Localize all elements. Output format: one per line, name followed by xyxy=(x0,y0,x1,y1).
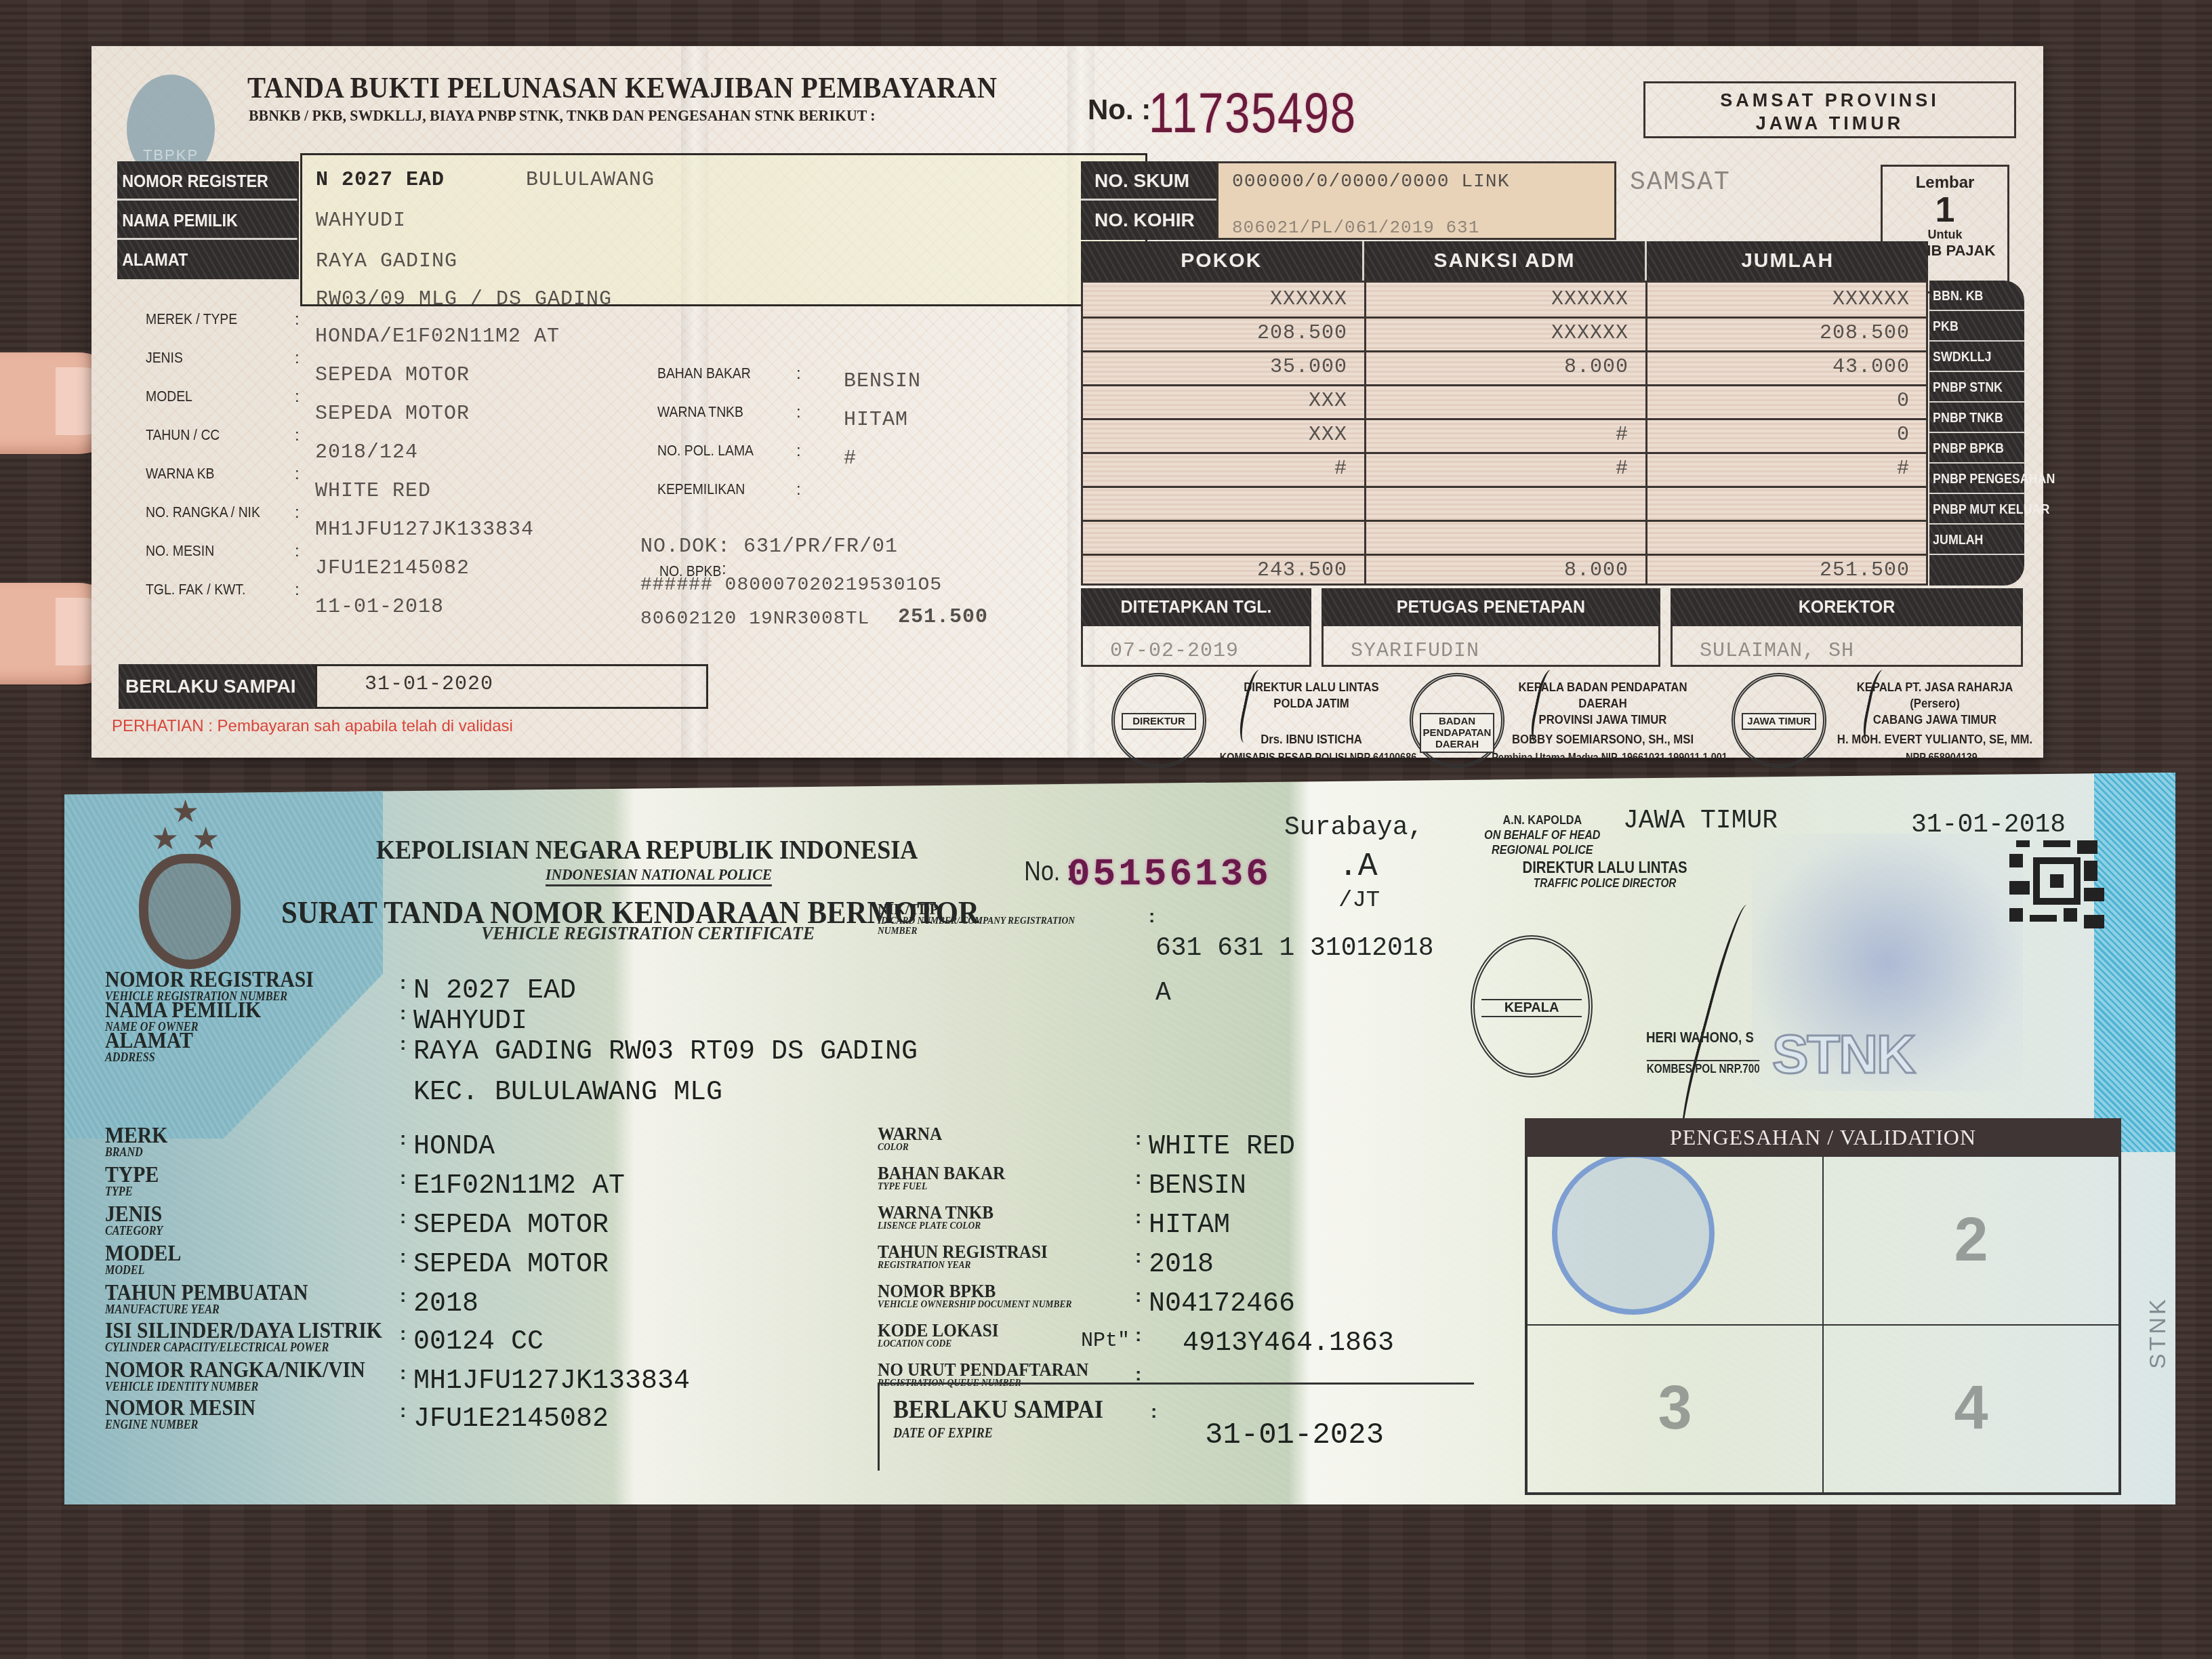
tax-cell-pokok: XXXXXX xyxy=(1090,288,1347,311)
stnk-field-value: WHITE RED xyxy=(1149,1132,1295,1162)
kohir-value: 806021/PL/061/2019 631 xyxy=(1232,218,1479,238)
validation-cell-2: 2 xyxy=(1823,1156,2119,1325)
stnk-field-label: BAHAN BAKARTYPE FUEL xyxy=(878,1164,1019,1192)
field-label: JENIS xyxy=(146,349,183,367)
tax-table: XXXXXXXXXXXXXXXXXX208.500XXXXXX208.50035… xyxy=(1081,281,1928,586)
field-value: BENSIN xyxy=(844,370,921,393)
extra-amount: 251.500 xyxy=(898,606,988,629)
expiry-label: BERLAKU SAMPAI xyxy=(893,1397,1103,1422)
stnk-header-institution-en: INDONESIAN NATIONAL POLICE xyxy=(546,866,772,886)
field-value: HITAM xyxy=(844,409,908,432)
address-line-2: RW03/09 MLG / DS GADING xyxy=(316,288,612,311)
side-stnk-text: STNK xyxy=(2145,1296,2171,1369)
signoff-box: 07-02-2019 xyxy=(1081,626,1311,667)
signoff-header: KOREKTOR xyxy=(1671,588,2023,626)
tax-cell-sanksi: XXXXXX xyxy=(1371,322,1629,345)
tax-item-label: PNBP STNK xyxy=(1929,372,2024,403)
stnk-field-value: BENSIN xyxy=(1149,1171,1246,1202)
field-label: NO. RANGKA / NIK xyxy=(146,504,260,521)
extra-line: 80602120 19NR3008TL xyxy=(640,609,869,630)
stnk-field-label: TAHUN REGISTRASIREGISTRATION YEAR xyxy=(878,1243,1067,1271)
field-value: SEPEDA MOTOR xyxy=(315,364,470,387)
tax-item-labels: BBN. KBPKBSWDKLLJPNBP STNKPNBP TNKBPNBP … xyxy=(1929,281,2024,586)
tax-cell-pokok: XXX xyxy=(1090,424,1347,447)
official-stamp-icon: DIREKTUR xyxy=(1111,673,1206,768)
expiry-box: BERLAKU SAMPAI DATE OF EXPIRE : 31-01-20… xyxy=(878,1382,1474,1471)
owner-name: WAHYUDI xyxy=(316,209,406,232)
receipt-title: TANDA BUKTI PELUNASAN KEWAJIBAN PEMBAYAR… xyxy=(247,70,997,105)
tax-cell-sanksi: # xyxy=(1371,424,1629,447)
signoff-header: DITETAPKAN TGL. xyxy=(1081,588,1311,626)
stnk-field-value: SEPEDA MOTOR xyxy=(413,1250,609,1280)
stnk-field-value: N04172466 xyxy=(1149,1289,1295,1319)
tax-item-label: PKB xyxy=(1929,311,2024,342)
official-name: Drs. IBNU ISTICHA xyxy=(1204,732,1419,748)
validation-header: PENGESAHAN / VALIDATION xyxy=(1525,1118,2121,1156)
field-value: 11-01-2018 xyxy=(315,596,444,619)
validation-cell-4: 4 xyxy=(1823,1325,2119,1494)
stnk-field-label: NAMA PEMILIKNAME OF OWNER xyxy=(105,1000,279,1033)
signature xyxy=(1673,902,1763,1145)
stnk-field-label: TAHUN PEMBUATANMANUFACTURE YEAR xyxy=(105,1282,331,1315)
signoff-value: SYARIFUDIN xyxy=(1351,640,1479,663)
behalf-of: A.N. KAPOLDA ON BEHALF OF HEAD REGIONAL … xyxy=(1484,813,1600,858)
valid-until-label: BERLAKU SAMPAI xyxy=(119,664,315,709)
issue-city: Surabaya, xyxy=(1284,813,1423,842)
stnk-field-value: WAHYUDI xyxy=(413,1006,527,1037)
field-label: TAHUN / CC xyxy=(146,426,220,444)
official-stamp-icon: JAWA TIMUR xyxy=(1732,673,1826,768)
tax-table-header: POKOK SANKSI ADM JUMLAH xyxy=(1081,241,1928,281)
field-label: NO. POL. LAMA xyxy=(657,442,754,459)
stnk-number: 05156136 xyxy=(1067,853,1271,896)
tax-cell-jumlah: 43.000 xyxy=(1652,356,1910,379)
qr-code-icon xyxy=(2009,840,2104,935)
official-name: BOBBY SOEMIARSONO, SH., MSI xyxy=(1496,732,1711,748)
tax-cell-jumlah: 251.500 xyxy=(1652,559,1910,582)
stnk-field-value: JFU1E2145082 xyxy=(413,1404,609,1435)
tax-cell-sanksi: # xyxy=(1371,457,1629,480)
field-value: HONDA/E1F02N11M2 AT xyxy=(315,325,560,348)
stnk-field-label: TYPETYPE xyxy=(105,1164,165,1197)
tax-cell-jumlah: # xyxy=(1652,457,1910,480)
stnk-field-label: NOMOR RANGKA/NIK/VINVEHICLE IDENTITY NUM… xyxy=(105,1359,394,1393)
receipt-number: 11735498 xyxy=(1149,80,1357,146)
field-value: SEPEDA MOTOR xyxy=(315,403,470,426)
director-title: DIREKTUR LALU LINTAS TRAFFIC POLICE DIRE… xyxy=(1522,861,1687,890)
field-label: KEPEMILIKAN xyxy=(657,480,745,498)
field-value: # xyxy=(844,447,857,470)
tax-item-label: PNBP MUT KELUAR xyxy=(1929,494,2024,525)
field-value: 2018/124 xyxy=(315,441,418,464)
tax-cell-sanksi: 8.000 xyxy=(1371,559,1629,582)
tax-item-label: JUMLAH xyxy=(1929,525,2024,555)
stnk-number-label: No. : xyxy=(1024,857,1073,887)
office-box: SAMSAT PROVINSI JAWA TIMUR xyxy=(1643,81,2016,138)
skum-labels: NO. SKUM NO. KOHIR xyxy=(1081,161,1216,240)
tax-cell-pokok: 35.000 xyxy=(1090,356,1347,379)
validation-cell-3: 3 xyxy=(1527,1325,1823,1494)
official-id: Pembina Utama Madya NIP. 19661031 199011… xyxy=(1489,751,1731,764)
stnk-hologram-text: STNK xyxy=(1772,1023,1914,1086)
nik-label: NIK/TDP ID CARD NUMBER/ COMPANY REGISTRA… xyxy=(878,901,1135,937)
stnk-field-label: JENISCATEGORY xyxy=(105,1204,169,1237)
official-id: KOMISARIS BESAR POLISI NRP 64100686 xyxy=(1197,751,1439,764)
kepala-stamp-icon: KEPALA xyxy=(1471,935,1593,1078)
director-id: KOMBES POL NRP.700 xyxy=(1647,1060,1760,1076)
field-label: MEREK / TYPE xyxy=(146,310,237,328)
stnk-code-line-2: A xyxy=(1155,979,1171,1008)
plate-number: N 2027 EAD xyxy=(316,169,445,192)
signoff-box: SULAIMAN, SH xyxy=(1671,626,2023,667)
issue-region: JAWA TIMUR xyxy=(1623,806,1778,836)
tax-item-label: PNBP BPKB xyxy=(1929,433,2024,464)
stnk-field-label: ALAMATADDRESS xyxy=(105,1030,203,1063)
field-label: BAHAN BAKAR xyxy=(657,365,751,382)
validation-cell-1 xyxy=(1527,1156,1823,1325)
stnk-field-value: MH1JFU127JK133834 xyxy=(413,1366,690,1397)
registration-labels: NOMOR REGISTER NAMA PEMILIK ALAMAT xyxy=(117,161,299,279)
stnk-field-value: KEC. BULULAWANG MLG xyxy=(413,1078,722,1108)
field-value: JFU1E2145082 xyxy=(315,557,470,580)
field-value: WHITE RED xyxy=(315,480,431,503)
stnk-field-value: HONDA xyxy=(413,1132,495,1162)
no-dok: NO.DOK: 631/PR/FR/01 xyxy=(640,535,898,558)
registration-box: N 2027 EAD BULULAWANG WAHYUDI RAYA GADIN… xyxy=(300,153,1147,306)
stnk-field-value: 2018 xyxy=(1149,1250,1214,1280)
signoff-value: 07-02-2019 xyxy=(1110,640,1239,663)
signoff-header: PETUGAS PENETAPAN xyxy=(1322,588,1660,626)
receipt-number-label: No. : xyxy=(1088,94,1151,126)
stnk-number-sub: /JT xyxy=(1338,888,1380,914)
skum-box: 000000/0/0000/0000 LINK 806021/PL/061/20… xyxy=(1216,161,1616,240)
signoff-box: SYARIFUDIN xyxy=(1322,626,1660,667)
field-label: NO. MESIN xyxy=(146,542,214,560)
tax-cell-pokok: XXX xyxy=(1090,390,1347,413)
official-id: NPP 658904139 xyxy=(1821,751,2063,764)
stnk-field-value: 4913Y464.1863 xyxy=(1183,1328,1394,1359)
stnk-field-label: WARNACOLOR xyxy=(878,1125,949,1153)
director-name: HERI WAHONO, S xyxy=(1646,1030,1754,1045)
stnk-field-value: 2018 xyxy=(413,1289,478,1319)
field-label: TGL. FAK / KWT. xyxy=(146,581,245,598)
stnk-title-en: VEHICLE REGISTRATION CERTIFICATE xyxy=(481,923,815,945)
expiry-label-en: DATE OF EXPIRE xyxy=(893,1427,1103,1440)
tax-item-label: PNBP TNKB xyxy=(1929,403,2024,433)
stnk-field-label: MERKBRAND xyxy=(105,1125,175,1158)
tax-item-label: PNBP PENGESAHAN xyxy=(1929,464,2024,494)
stnk-field-label: MODELMODEL xyxy=(105,1243,190,1276)
no-bpkb-value: ###### 0800070202195301O5 xyxy=(640,575,942,596)
stnk-header-institution: KEPOLISIAN NEGARA REPUBLIK INDONESIA xyxy=(376,834,918,865)
valid-until-box: 31-01-2020 xyxy=(315,664,708,709)
dotmatrix-stamp: SAMSAT xyxy=(1630,168,1731,197)
tax-cell-pokok: 208.500 xyxy=(1090,322,1347,345)
field-label: WARNA KB xyxy=(146,465,214,483)
stnk-number-suffix: .A xyxy=(1338,848,1378,885)
stnk-field-label: NOMOR REGISTRASIVEHICLE REGISTRATION NUM… xyxy=(105,969,337,1002)
payment-notice: PERHATIAN : Pembayaran sah apabila telah… xyxy=(112,717,513,736)
stnk-field-label: NOMOR MESINENGINE NUMBER xyxy=(105,1397,272,1431)
field-value: MH1JFU127JK133834 xyxy=(315,518,534,541)
stnk-code-line: 631 631 1 31012018 xyxy=(1155,934,1433,963)
tax-cell-pokok: 243.500 xyxy=(1090,559,1347,582)
stnk-field-value: E1F02N11M2 AT xyxy=(413,1171,625,1202)
field-label: WARNA TNKB xyxy=(657,403,743,421)
tax-cell-jumlah: 0 xyxy=(1652,424,1910,447)
signoff-value: SULAIMAN, SH xyxy=(1700,640,1854,663)
validation-box: PENGESAHAN / VALIDATION 2 3 4 xyxy=(1525,1118,2121,1498)
tax-item-label: BBN. KB xyxy=(1929,281,2024,311)
stnk-field-value: SEPEDA MOTOR xyxy=(413,1210,609,1241)
receipt-subtitle: BBNKB / PKB, SWDKLLJ, BIAYA PNBP STNK, T… xyxy=(249,107,876,125)
field-label: MODEL xyxy=(146,388,192,405)
tax-cell-jumlah: XXXXXX xyxy=(1652,288,1910,311)
expiry-date: 31-01-2023 xyxy=(1205,1418,1384,1452)
tax-cell-jumlah: 0 xyxy=(1652,390,1910,413)
address-line-1: RAYA GADING xyxy=(316,250,457,273)
stnk-certificate: ★ ★ ★ KEPOLISIAN NEGARA REPUBLIK INDONES… xyxy=(64,773,2175,1504)
tax-cell-sanksi: 8.000 xyxy=(1371,356,1629,379)
tax-item-label: SWDKLLJ xyxy=(1929,342,2024,372)
stnk-field-label: NOMOR BPKBVEHICLE OWNERSHIP DOCUMENT NUM… xyxy=(878,1282,1093,1310)
police-emblem-icon xyxy=(139,854,241,969)
location-prefix: NPt" xyxy=(1081,1330,1130,1353)
stnk-field-value: HITAM xyxy=(1149,1210,1230,1241)
tax-cell-sanksi: XXXXXX xyxy=(1371,288,1629,311)
official-name: H. MOH. EVERT YULIANTO, SE, MM. xyxy=(1828,732,2043,748)
stnk-field-value: N 2027 EAD xyxy=(413,976,576,1006)
valid-until: 31-01-2020 xyxy=(365,673,493,696)
district: BULULAWANG xyxy=(526,169,655,192)
stnk-field-label: KODE LOKASILOCATION CODE xyxy=(878,1322,1012,1349)
stnk-field-label: ISI SILINDER/DAYA LISTRIKCYLINDER CAPACI… xyxy=(105,1320,413,1353)
stnk-field-label: WARNA TNKBLISENCE PLATE COLOR xyxy=(878,1204,1006,1231)
stnk-field-value: RAYA GADING RW03 RT09 DS GADING xyxy=(413,1037,918,1067)
skum-value: 000000/0/0000/0000 LINK xyxy=(1232,171,1509,192)
tax-cell-pokok: # xyxy=(1090,457,1347,480)
tax-cell-jumlah: 208.500 xyxy=(1652,322,1910,345)
payment-receipt: TBPKP TANDA BUKTI PELUNASAN KEWAJIBAN PE… xyxy=(91,46,2043,758)
stnk-field-value: 00124 CC xyxy=(413,1327,544,1357)
